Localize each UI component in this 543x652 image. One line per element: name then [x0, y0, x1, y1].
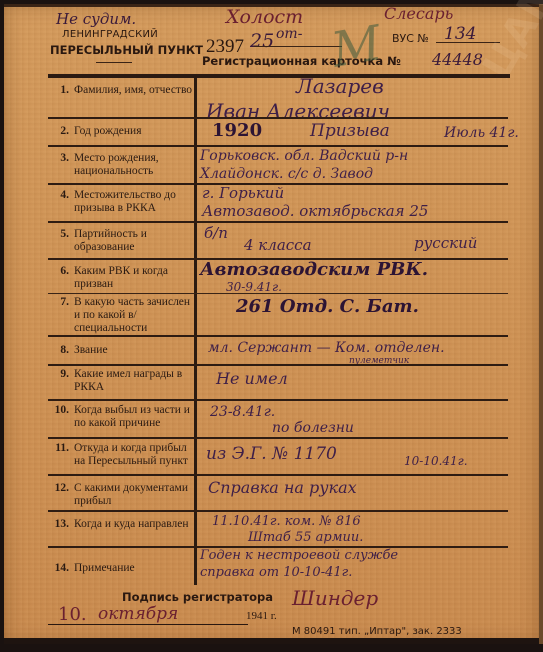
value-birth-year: 1920: [212, 120, 262, 141]
row-label: Примечание: [74, 562, 199, 575]
row-divider: [48, 293, 508, 294]
row-label: В какую часть зачислен и по какой в/спец…: [74, 296, 199, 335]
row-label: Место рождения, национальность: [74, 152, 199, 178]
annotation-marital-status: Холост: [226, 6, 303, 28]
row-label: Когда выбыл из части и по какой причине: [74, 404, 199, 430]
row-divider: [48, 510, 508, 512]
annotation-not-convicted: Не судим.: [56, 10, 136, 28]
value-residence-2: Автозавод. октябрьская 25: [202, 202, 428, 220]
divider: [96, 62, 132, 63]
org-name-line2: ПЕРЕСЫЛЬНЫЙ ПУНКТ: [50, 43, 203, 57]
value-rank: мл. Сержант — Ком. отделен.: [208, 340, 445, 356]
registration-card: Не судим. ЛЕНИНГРАДСКИЙ ПЕРЕСЫЛЬНЫЙ ПУНК…: [4, 4, 543, 644]
value-sent-date: 11.10.41г. ком. № 816: [212, 514, 361, 529]
print-info: М 80491 тип. „Иптар", зак. 2333: [292, 626, 462, 637]
row-divider: [48, 335, 508, 337]
row-divider: [48, 221, 508, 223]
serial-handwritten: 25: [250, 30, 274, 52]
serial-underline: [254, 46, 342, 47]
registrar-signature: Шиндер: [292, 586, 378, 610]
value-awards: Не имел: [216, 369, 288, 388]
value-draft-date: Июль 41г.: [444, 125, 519, 141]
value-residence-1: г. Горький: [202, 184, 284, 202]
date-month: октября: [98, 604, 178, 624]
value-note-1: Годен к нестроевой службе: [200, 548, 398, 563]
value-left-unit-reason: по болезни: [272, 420, 354, 436]
value-note-2: справка от 10-10-41г.: [200, 565, 352, 580]
vus-value: 134: [444, 24, 476, 44]
value-documents: Справка на руках: [208, 478, 357, 497]
value-education: 4 класса: [244, 236, 312, 254]
value-draft-label: Призыва: [310, 121, 390, 141]
row-label: Фамилия, имя, отчество: [74, 84, 199, 97]
value-unit: 261 Отд. С. Бат.: [236, 296, 419, 317]
org-name-line1: ЛЕНИНГРАДСКИЙ: [62, 29, 158, 40]
row-label: Местожительство до призыва в РККА: [74, 189, 199, 215]
row-label: Какие имел награды в РККА: [74, 368, 199, 394]
row-divider: [48, 117, 508, 119]
value-birthplace-1: Горьковск. обл. Вадский р-н: [200, 148, 408, 164]
row-divider: [48, 437, 508, 439]
row-label: С какими документами прибыл: [74, 482, 199, 508]
value-arrived-from: из Э.Г. № 1170: [206, 444, 337, 464]
row-divider: [48, 399, 508, 401]
signature-label: Подпись регистратора: [122, 590, 273, 604]
value-arrived-date: 10-10.41г.: [404, 454, 468, 468]
row-label: Каким РВК и когда призван: [74, 265, 199, 291]
row-divider: [48, 145, 508, 147]
row-label: Звание: [74, 344, 199, 357]
row-divider: [48, 474, 508, 476]
value-party: б/п: [204, 224, 228, 242]
row-divider: [48, 364, 508, 366]
row-label: Откуда и когда прибыл на Пересыльный пун…: [74, 442, 199, 468]
date-underline: [48, 624, 248, 625]
value-birthplace-2: Хлайдонск. с/с д. Завод: [200, 166, 373, 182]
value-left-unit-date: 23-8.41г.: [210, 404, 275, 420]
date-year: 1941 г.: [246, 610, 277, 622]
row-label: Когда и куда направлен: [74, 518, 199, 531]
value-surname: Лазарев: [296, 74, 384, 98]
value-sent-destination: Штаб 55 армии.: [248, 530, 363, 545]
table-top-rule: [48, 74, 510, 78]
date-day: 10.: [58, 604, 87, 625]
row-label: Партийность и образование: [74, 228, 199, 254]
value-rvk-date: 30-9.41г.: [226, 280, 282, 294]
value-nationality: русский: [414, 234, 477, 252]
bottom-edge: [4, 638, 539, 644]
serial-suffix: от-: [276, 26, 302, 42]
value-rvk: Автозаводским РВК.: [200, 259, 428, 280]
row-label: Год рождения: [74, 125, 199, 138]
